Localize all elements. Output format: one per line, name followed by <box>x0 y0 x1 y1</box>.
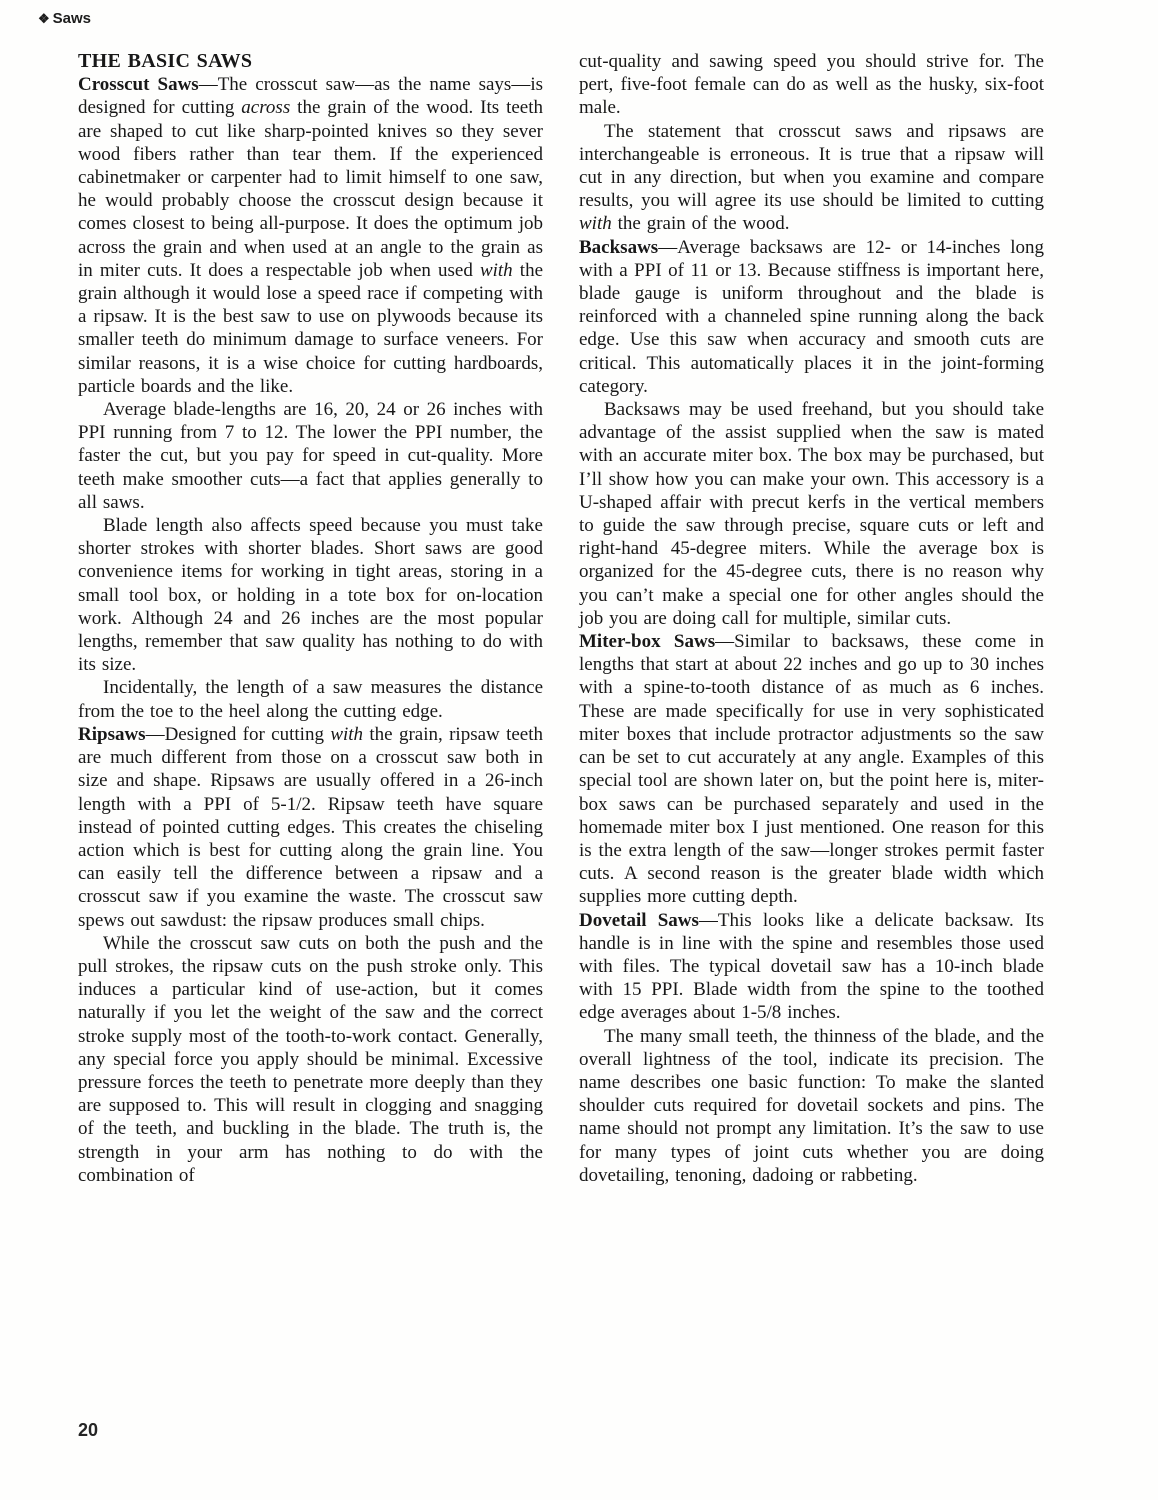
text-segment: —Similar to backsaws, these come in leng… <box>579 631 1044 907</box>
text-segment: Dovetail Saws <box>579 910 699 931</box>
text-segment: While the crosscut saw cuts on both the … <box>78 933 543 1186</box>
text-columns: THE BASIC SAWS Crosscut Saws—The crosscu… <box>78 50 1044 1187</box>
text-segment: the grain, ripsaw teeth are much differe… <box>78 724 543 931</box>
diamond-ornament-icon: ❖ <box>38 10 50 28</box>
book-page: ❖Saws THE BASIC SAWS Crosscut Saws—The c… <box>0 0 1158 1500</box>
text-segment: —Average backsaws are 12- or 14-inches l… <box>579 237 1044 397</box>
paragraph: Incidentally, the length of a saw measur… <box>78 676 543 722</box>
text-segment: Miter-box Saws <box>579 631 715 652</box>
text-segment: with <box>330 724 363 745</box>
paragraph: Dovetail Saws—This looks like a delicate… <box>579 909 1044 1025</box>
text-segment: across <box>241 97 290 118</box>
paragraph: While the crosscut saw cuts on both the … <box>78 932 543 1187</box>
paragraph: Backsaws may be used freehand, but you s… <box>579 398 1044 630</box>
paragraph: Average blade-lengths are 16, 20, 24 or … <box>78 398 543 514</box>
paragraph: Backsaws—Average backsaws are 12- or 14-… <box>579 236 1044 398</box>
paragraph: cut-quality and sawing speed you should … <box>579 50 1044 120</box>
running-head-title: Saws <box>53 10 91 28</box>
text-segment: the grain of the wood. Its teeth are sha… <box>78 97 543 280</box>
text-segment: cut-quality and sawing speed you should … <box>579 51 1044 118</box>
column-left: THE BASIC SAWS Crosscut Saws—The crosscu… <box>78 50 543 1187</box>
running-head: ❖Saws <box>38 10 91 28</box>
paragraph: Blade length also affects speed because … <box>78 514 543 676</box>
text-segment: with <box>579 213 612 234</box>
text-segment: the grain of the wood. <box>612 213 790 234</box>
text-segment: Average blade-lengths are 16, 20, 24 or … <box>78 399 543 513</box>
paragraph: Miter-box Saws—Similar to backsaws, thes… <box>579 630 1044 908</box>
text-segment: Crosscut Saws <box>78 74 199 95</box>
paragraph: The statement that crosscut saws and rip… <box>579 120 1044 236</box>
text-segment: Incidentally, the length of a saw measur… <box>78 677 543 721</box>
paragraph: The many small teeth, the thinness of th… <box>579 1025 1044 1187</box>
page-number: 20 <box>78 1420 98 1441</box>
paragraph: Crosscut Saws—The crosscut saw—as the na… <box>78 73 543 398</box>
text-segment: with <box>480 260 513 281</box>
text-segment: —Designed for cutting <box>146 724 331 745</box>
text-segment: The statement that crosscut saws and rip… <box>579 121 1044 212</box>
text-segment: Backsaws may be used freehand, but you s… <box>579 399 1044 629</box>
paragraph: Ripsaws—Designed for cutting with the gr… <box>78 723 543 932</box>
text-segment: The many small teeth, the thinness of th… <box>579 1026 1044 1186</box>
article-heading: THE BASIC SAWS <box>78 50 543 73</box>
text-segment: Ripsaws <box>78 724 146 745</box>
text-segment: Blade length also affects speed because … <box>78 515 543 675</box>
text-segment: Backsaws <box>579 237 658 258</box>
column-right: cut-quality and sawing speed you should … <box>579 50 1044 1187</box>
